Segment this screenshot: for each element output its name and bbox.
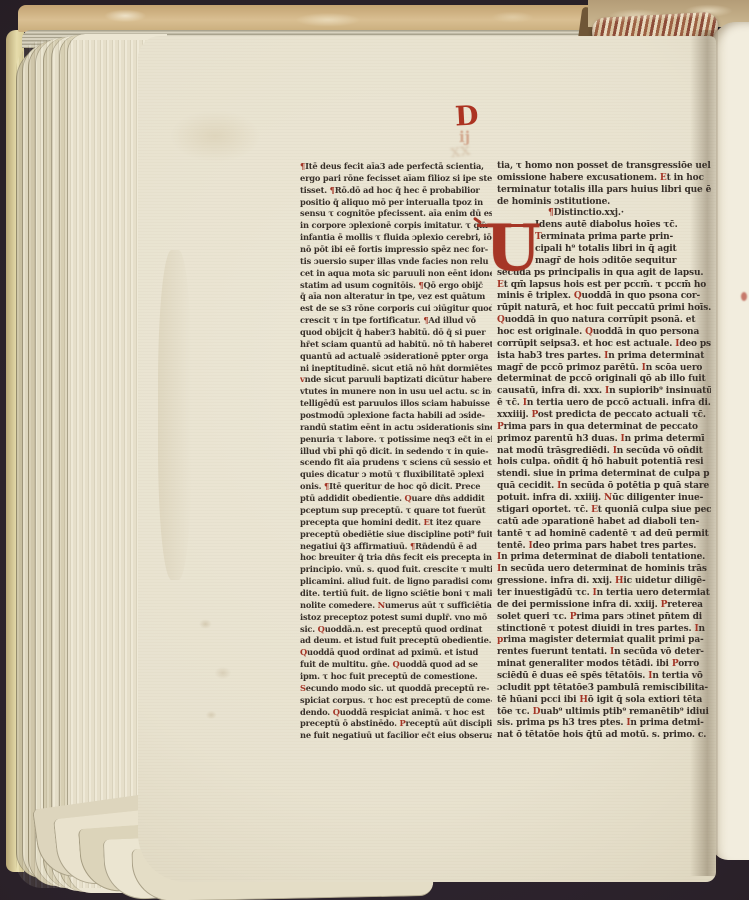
text-line: quod obijcit q̄ haber3 habitū. dō q̄ si … bbox=[300, 327, 492, 339]
text-line: principio. vnū. s. quod fuit. crescite τ… bbox=[300, 564, 492, 576]
column-right-body: secūda ps principalis in qua agit de lap… bbox=[497, 268, 711, 742]
text-line: q̄ aīa non alteratur in tpe, vez est quā… bbox=[300, 291, 492, 303]
text-line: nolite comedere. Numerus aūt τ sufficiēt… bbox=[300, 600, 492, 612]
text-line: quantū ad actualē ɔsiderationē ppter org… bbox=[300, 351, 492, 363]
text-line: quies dicatur ɔ motū τ fluxibilitatē ɔpl… bbox=[300, 469, 492, 481]
text-line: solet queri τc. Prima pars ɔtinet pn̄tem… bbox=[497, 612, 711, 624]
text-line: potuit. infra di. xxiiij. Nūc diligenter… bbox=[497, 493, 711, 505]
parchment-cover-top bbox=[18, 5, 614, 32]
text-line: tentē. Ideo prima pars habet tres partes… bbox=[497, 541, 711, 553]
text-line: sensu τ cognitōe pfecissent. aīa enim dū… bbox=[300, 208, 492, 220]
text-line: Quoddā quod ordinat ad pximū. et istud bbox=[300, 647, 492, 659]
text-line: rūpit naturā, et hoc fuit peccatū primi … bbox=[497, 303, 711, 315]
text-line: primoz parentū h3 duas. In prima determī bbox=[497, 434, 711, 446]
drop-cap-initial: U bbox=[485, 217, 541, 281]
text-line: stinctionē τ potest diuidi in tres parte… bbox=[497, 624, 711, 636]
text-line: ista hab3 tres partes. In prima determin… bbox=[497, 351, 711, 363]
text-line: In prima determinat de diaboli tentation… bbox=[497, 552, 711, 564]
text-line: hoc breuiter q̄ tria dn̄s fecit eis prec… bbox=[300, 552, 492, 564]
text-line: ¶Itē deus fecit aīa3 ade perfectā scient… bbox=[300, 161, 492, 173]
text-line: stigari oportet. τc̄. Et quoniā culpa si… bbox=[497, 505, 711, 517]
show-through-ghost: xx bbox=[449, 139, 472, 163]
text-line: hois culpa. on̄dit q̄ hō habuit potentiā… bbox=[497, 457, 711, 469]
text-line: ergo pari rōne fecisset aīam filioz si i… bbox=[300, 173, 492, 185]
text-line: ptū addidit obedientie. Quare dn̄s addid… bbox=[300, 493, 492, 505]
stain bbox=[188, 596, 246, 736]
text-line: nat ō tētatōe hois q̄tū ad motū. s. prim… bbox=[497, 730, 711, 742]
text-line: preceptū ō abstinēdo. Preceptū aūt disci… bbox=[300, 718, 492, 730]
text-line: terminatur totalis illa pars huius libri… bbox=[497, 185, 711, 197]
text-line: corrūpit seipsa3. et hoc est actuale. Id… bbox=[497, 339, 711, 351]
text-line: sic. Quoddā.n. est preceptū quod ordinat bbox=[300, 624, 492, 636]
text-line: ē τc̄. In tertia uero de pccō actuali. i… bbox=[497, 398, 711, 410]
book-photo: D ij xx ¶Itē deus fecit aīa3 ade perfect… bbox=[0, 0, 749, 900]
text-line: Quoddā in quo natura corrūpit psonā. et bbox=[497, 315, 711, 327]
text-line: minat generaliter modos tētādi. ibi Porr… bbox=[497, 659, 711, 671]
text-line: ter inuestigādū τc. In tertia uero deter… bbox=[497, 588, 711, 600]
text-line: postmodū ɔplexione facta habili ad ɔside… bbox=[300, 410, 492, 422]
text-line: scendo fit aīa prudens τ sciens cū sessi… bbox=[300, 457, 492, 469]
text-line: tōe τc. Duab⁹ ultimis ptib⁹ remanētib⁹ i… bbox=[497, 707, 711, 719]
text-line: illud vbī phī qō dicit. in sedendo τ in … bbox=[300, 446, 492, 458]
text-column-left: ¶Itē deus fecit aīa3 ade perfectā scient… bbox=[300, 161, 492, 742]
text-line: nat modū trāsgrediēdi. In secūda vō on̄d… bbox=[497, 446, 711, 458]
text-line: omissione habere excusationem. Et in hoc bbox=[497, 173, 711, 185]
text-line: tē hūani pcci ibi Hō igit̄ q̄ sola extio… bbox=[497, 695, 711, 707]
text-line: causatū, infra di. xxx. In supiorib⁹ ins… bbox=[497, 386, 711, 398]
ink-bleed-dot bbox=[741, 292, 747, 301]
text-line: vnde sicut paruuli baptizati dicūtur hab… bbox=[300, 374, 492, 386]
text-line: de dei permissione infra di. xxiij. Pret… bbox=[497, 600, 711, 612]
text-line: hoc est originale. Quoddā in quo persona bbox=[497, 327, 711, 339]
text-line: Prima pars in qua determinat de peccato bbox=[497, 422, 711, 434]
text-line: pceptum sup preceptū. τ quare tot fuerūt bbox=[300, 505, 492, 517]
text-line: nō pōt ibi eē fortis impressio spēz nec … bbox=[300, 244, 492, 256]
text-line: stendi. siue in prima determinat de culp… bbox=[497, 469, 711, 481]
text-line: dite. tertiū fuit. de ligno sciētie boni… bbox=[300, 588, 492, 600]
text-line: ni ineptitudinē. sicut etiā nō hn̄t dorm… bbox=[300, 363, 492, 375]
text-line: magr̄ de pccō primoz parētū. In scōa uer… bbox=[497, 363, 711, 375]
text-line: hr̄et sciam quantū ad habitū. nō tn̄ hab… bbox=[300, 339, 492, 351]
text-line: negatiui q̄3 affirmatiuū. ¶Rn̄dendū ē ad bbox=[300, 541, 492, 553]
text-line: fuit de multitu. gn̄e. Quoddā quod ad se bbox=[300, 659, 492, 671]
text-line: ipm. τ hoc fuit preceptū de comestione. bbox=[300, 671, 492, 683]
text-line: randū statim eēnt in actu ɔsiderationis … bbox=[300, 422, 492, 434]
text-line: in corpore ɔplexionē corpis imitatur. τ … bbox=[300, 220, 492, 232]
text-line: penuria τ labore. τ potissime neq3 ec̄t … bbox=[300, 434, 492, 446]
text-line: prima magister determiat qualit̄ primi p… bbox=[497, 635, 711, 647]
text-line: ad deum. et istud fuit preceptū obedient… bbox=[300, 635, 492, 647]
text-line: Secundo modo sic. ut quoddā preceptū re- bbox=[300, 683, 492, 695]
text-line: crescit τ in tpe fortificatur. ¶Ad illud… bbox=[300, 315, 492, 327]
text-line: minis ē triplex. Quoddā in quo psona cor… bbox=[497, 291, 711, 303]
text-line: In secūda uero determinat de hominis trā… bbox=[497, 564, 711, 576]
text-line: rentes fuerunt tentati. In secūda vō det… bbox=[497, 647, 711, 659]
text-line: istoz preceptoz potest sumi duplr̄. vno … bbox=[300, 612, 492, 624]
text-line: tis ɔuersio super illas vnde facies non … bbox=[300, 256, 492, 268]
text-line: statim ad usum cognitōis. ¶Qō ergo obijc… bbox=[300, 280, 492, 292]
text-line: plicamini. aliud fuit. de ligno paradisi… bbox=[300, 576, 492, 588]
column-right-intro: tia, τ homo non posset de transgressiōe … bbox=[497, 161, 711, 208]
text-line: tantē τ ad hominē cadentē τ ad deū permi… bbox=[497, 529, 711, 541]
page-edge-striations bbox=[16, 40, 148, 888]
text-line: sis. prima ps h3 tres ptes. In prima det… bbox=[497, 718, 711, 730]
text-line: gressione. infra di. xxij. Hic uidetur d… bbox=[497, 576, 711, 588]
text-line: sciēdū ē duas eē spēs tētatōis. In terti… bbox=[497, 671, 711, 683]
text-line: tia, τ homo non posset de transgressiōe … bbox=[497, 161, 711, 173]
text-line: cet in aqua mota sic paruuli non eēnt id… bbox=[300, 268, 492, 280]
text-line: xxxiiij. Post predicta de peccato actual… bbox=[497, 410, 711, 422]
text-line: de hominis ɔstitutione. bbox=[497, 197, 711, 209]
text-line: ɔcludit ppt̄ tētatōe3 pambulā remiscibil… bbox=[497, 683, 711, 695]
text-line: telligēdū est paruulos illos sciam habui… bbox=[300, 398, 492, 410]
text-line: quā cecidit. In secūda ō potētia p quā s… bbox=[497, 481, 711, 493]
text-line: determinat de pccō originali qō ab illo … bbox=[497, 374, 711, 386]
stain bbox=[170, 110, 260, 162]
text-line: ne fuit negatiuū ut facilior ec̄t eius o… bbox=[300, 730, 492, 742]
text-line: vtutes in munere non in usu uel actu. sc… bbox=[300, 386, 492, 398]
text-line: preceptū obediētie siue discipline poti⁹… bbox=[300, 529, 492, 541]
text-line: est de se s3 rōne corporis cui ɔiūgitur … bbox=[300, 303, 492, 315]
text-line: positio q̄ aliquo mō per interualla tpoz… bbox=[300, 197, 492, 209]
text-line: spiciat corpus. τ hoc est preceptū de co… bbox=[300, 695, 492, 707]
text-line: dendo. Quoddā respiciat animā. τ hoc est bbox=[300, 707, 492, 719]
text-line: onis. ¶Itē queritur de hoc qō dicit. Pre… bbox=[300, 481, 492, 493]
text-line: tisset. ¶Rō.dō ad hoc q̄ hec ē probabili… bbox=[300, 185, 492, 197]
stain bbox=[158, 250, 192, 580]
text-line: catū ade ɔparationē habet ad diaboli ten… bbox=[497, 517, 711, 529]
text-line: precepta que homini dedit. Et itez quare bbox=[300, 517, 492, 529]
text-line: infantia ē mollis τ fluida ɔplexio cereb… bbox=[300, 232, 492, 244]
